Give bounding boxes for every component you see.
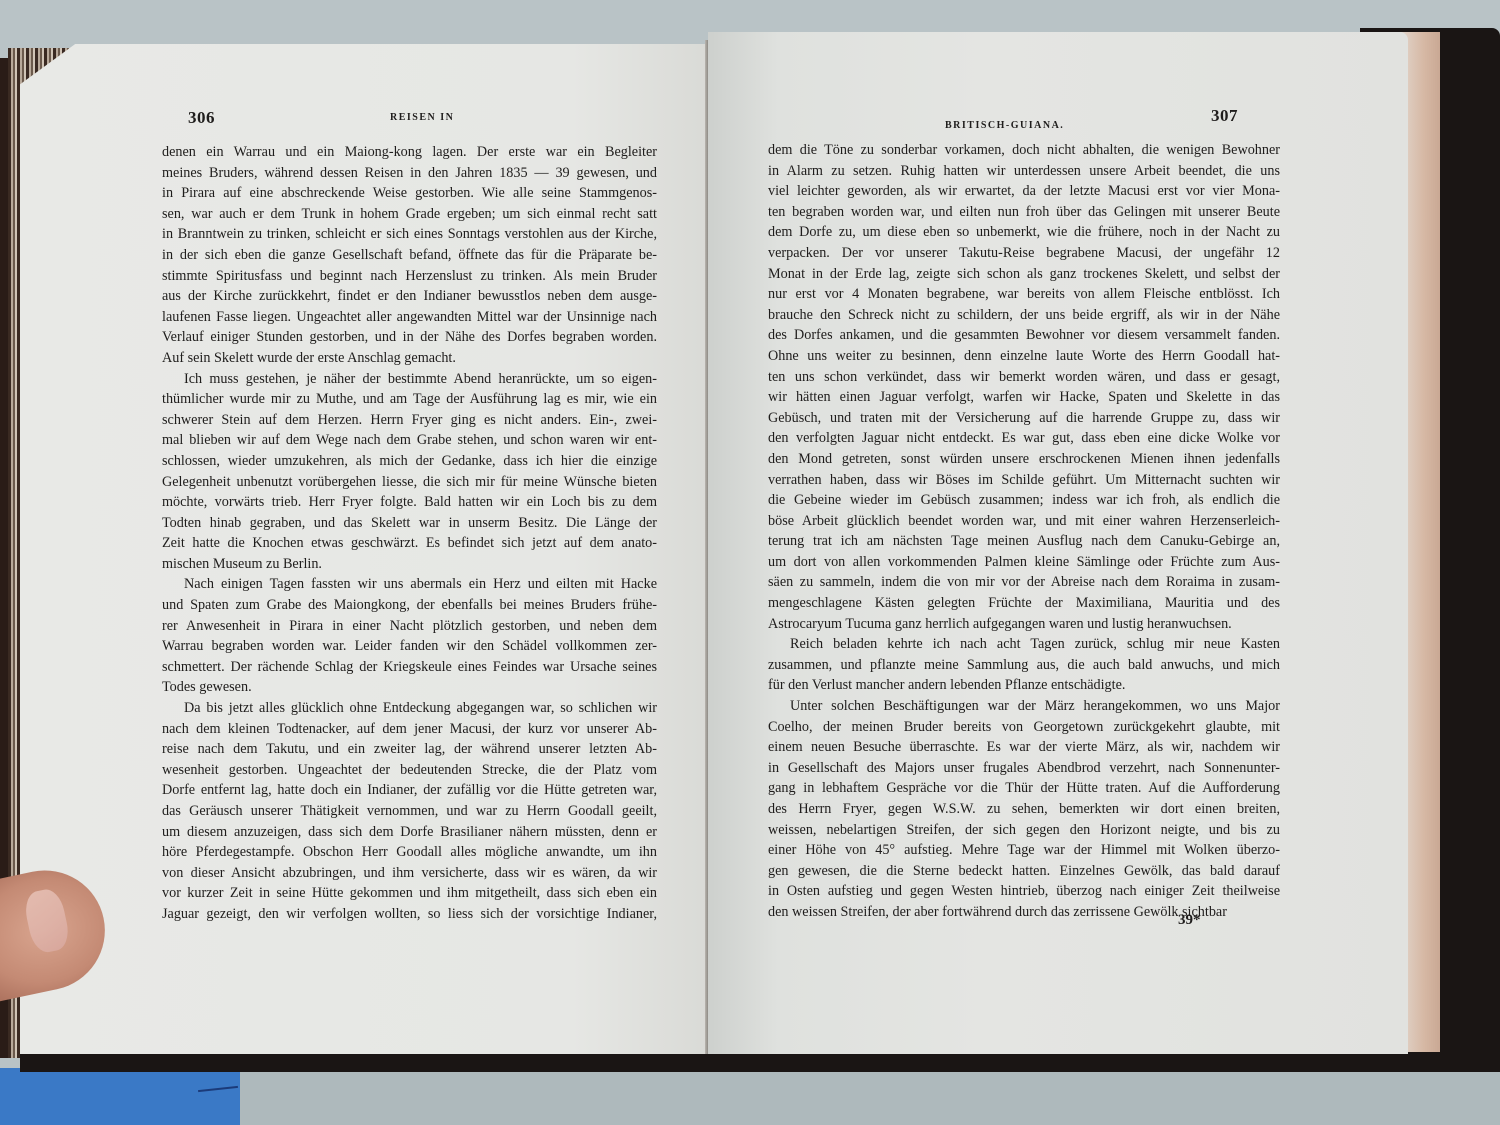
text-line: ten begraben worden war, und eilten nun …: [768, 202, 1280, 223]
text-line: Gelegenheit unbenutzt vorübergehen liess…: [162, 472, 657, 493]
text-line: dem die Töne zu sonderbar vorkamen, doch…: [768, 140, 1280, 161]
text-line: Todten hinab gegraben, und das Skelett w…: [162, 513, 657, 534]
text-line: die Gebeine wieder im Gebüsch zusammen; …: [768, 490, 1280, 511]
ink-mark: [198, 1086, 238, 1092]
text-line: Gebüsch, und traten mit der Versicherung…: [768, 408, 1280, 429]
text-line: vor kurzer Zeit in seine Hütte gekommen …: [162, 883, 657, 904]
text-line: nur erst vor 4 Monaten begrabene, war be…: [768, 284, 1280, 305]
text-line: höre Pferdegestampfe. Obschon Herr Gooda…: [162, 842, 657, 863]
text-line: schlossen, wieder umzukehren, als mich d…: [162, 451, 657, 472]
text-line: gang in lebhaftem Gespräche vor die Thür…: [768, 778, 1280, 799]
text-line: Unter solchen Beschäftigungen war der Mä…: [768, 696, 1280, 717]
text-line: verrathen haben, dass wir Böses im Schil…: [768, 470, 1280, 491]
text-line: in Alarm zu setzen. Ruhig hatten wir unt…: [768, 161, 1280, 182]
text-line: Zeit hatte die Knochen etwas geschwärzt.…: [162, 533, 657, 554]
text-line: Nach einigen Tagen fassten wir uns aberm…: [162, 574, 657, 595]
text-line: Reich beladen kehrte ich nach acht Tagen…: [768, 634, 1280, 655]
text-line: einer Höhe von 45° aufstieg. Mehre Tage …: [768, 840, 1280, 861]
text-line: einem neuen Besuche überraschte. Es war …: [768, 737, 1280, 758]
text-line: mengeschlagene Kästen gelegten Früchte d…: [768, 593, 1280, 614]
text-line: mal blieben wir auf dem Wege nach dem Gr…: [162, 430, 657, 451]
text-line: in Osten aufstieg und gegen Westen hintr…: [768, 881, 1280, 902]
text-line: schwerer Stein auf dem Herzen. Herrn Fry…: [162, 410, 657, 431]
text-line: zusammen, und pflanzte meine Sammlung au…: [768, 655, 1280, 676]
text-line: wir hätten einen Jaguar verfolgt, warfen…: [768, 387, 1280, 408]
text-line: den weissen Streifen, der aber fortwähre…: [768, 902, 1280, 923]
text-line: Todes gewesen.: [162, 677, 657, 698]
text-line: des Dorfes ankamen, und die gesammten Be…: [768, 325, 1280, 346]
text-line: in Gesellschaft des Majors unser frugale…: [768, 758, 1280, 779]
running-head-left: REISEN IN: [390, 112, 454, 123]
text-line: böse Arbeit glücklich beendet worden war…: [768, 511, 1280, 532]
text-line: den Mond getreten, sonst würden unsere e…: [768, 449, 1280, 470]
text-line: Ich muss gestehen, je näher der bestimmt…: [162, 369, 657, 390]
text-line: sen, war auch er dem Trunk in hohem Grad…: [162, 204, 657, 225]
text-line: und Spaten zum Grabe des Maiongkong, der…: [162, 595, 657, 616]
text-line: um dort von allen vorkommenden Palmen kl…: [768, 552, 1280, 573]
text-line: das Geräusch unserer Thätigkeit vernomme…: [162, 801, 657, 822]
text-line: in Branntwein zu trinken, schleicht er s…: [162, 224, 657, 245]
text-line: meines Bruders, während dessen Reisen in…: [162, 163, 657, 184]
text-line: um diesem anzuzeigen, dass sich dem Dorf…: [162, 822, 657, 843]
text-line: des Herrn Fryer, gegen W.S.W. zu sehen, …: [768, 799, 1280, 820]
text-line: stimmte Spiritusfass und beginnt nach He…: [162, 266, 657, 287]
text-line: schmettert. Der rächende Schlag der Krie…: [162, 657, 657, 678]
text-line: Coelho, der meinen Bruder bereits von Ge…: [768, 717, 1280, 738]
text-line: in der sich eben die ganze Gesellschaft …: [162, 245, 657, 266]
text-line: nach dem kleinen Todtenacker, auf dem je…: [162, 719, 657, 740]
page-number-left: 306: [188, 108, 215, 128]
text-line: Jaguar gezeigt, den wir verfolgen wollte…: [162, 904, 657, 925]
text-line: dem Dorfe zu, um diese eben so unbemerkt…: [768, 222, 1280, 243]
text-line: Da bis jetzt alles glücklich ohne Entdec…: [162, 698, 657, 719]
text-line: aus der Kirche zurückkehrt, findet er de…: [162, 286, 657, 307]
text-line: brauche den Schreck nicht zu schildern, …: [768, 305, 1280, 326]
text-line: von dieser Ansicht abzubringen, und ihm …: [162, 863, 657, 884]
text-line: mischen Museum zu Berlin.: [162, 554, 657, 575]
text-line: ten uns schon verkündet, dass wir bemerk…: [768, 367, 1280, 388]
text-line: säen zu sammeln, indem die von mir vor d…: [768, 572, 1280, 593]
text-line: Monat in der Erde lag, zeigte sich schon…: [768, 264, 1280, 285]
text-line: für den Verlust mancher andern lebenden …: [768, 675, 1280, 696]
text-line: Ohne uns weiter zu besinnen, denn einzel…: [768, 346, 1280, 367]
text-line: rer Anwesenheit in Pirara in einer Nacht…: [162, 616, 657, 637]
thumbnail-nail: [22, 887, 72, 956]
right-page[interactable]: BRITISCH-GUIANA. 307 dem die Töne zu son…: [708, 32, 1408, 1054]
text-line: laufenen Fasse liegen. Ungeachtet aller …: [162, 307, 657, 328]
text-line: verpacken. Der vor unserer Takutu-Reise …: [768, 243, 1280, 264]
left-page[interactable]: 306 REISEN IN denen ein Warrau und ein M…: [20, 44, 710, 1054]
text-line: Dorfe entfernt lag, hatte doch ein India…: [162, 780, 657, 801]
text-line: Warrau begraben worden war. Leider fande…: [162, 636, 657, 657]
left-page-body: denen ein Warrau und ein Maiong-kong lag…: [162, 142, 657, 925]
text-line: Auf sein Skelett wurde der erste Anschla…: [162, 348, 657, 369]
text-line: in Pirara auf eine abschreckende Weise g…: [162, 183, 657, 204]
right-page-body: dem die Töne zu sonderbar vorkamen, doch…: [768, 140, 1280, 923]
text-line: möchte, vorwärts trieb. Herr Fryer folgt…: [162, 492, 657, 513]
signature-mark: 39*: [1178, 912, 1201, 929]
page-number-right: 307: [1211, 106, 1238, 126]
text-line: denen ein Warrau und ein Maiong-kong lag…: [162, 142, 657, 163]
text-line: Astrocaryum Tucuma ganz herrlich aufgega…: [768, 614, 1280, 635]
text-line: terung trat ich am nächsten Tage meinen …: [768, 531, 1280, 552]
text-line: reise nach dem Takutu, und ein zweiter l…: [162, 739, 657, 760]
blue-object: [0, 1068, 240, 1125]
text-line: viel leichter geworden, als wir erwartet…: [768, 181, 1280, 202]
text-line: Verlauf einiger Stunden gestorben, und i…: [162, 327, 657, 348]
text-line: weissen, nebelartigen Streifen, der sich…: [768, 820, 1280, 841]
running-head-right: BRITISCH-GUIANA.: [945, 120, 1064, 131]
text-line: gen gewesen, die die Sterne bedeckt hatt…: [768, 861, 1280, 882]
text-line: den verfolgten Jaguar nicht entdeckt. Es…: [768, 428, 1280, 449]
text-line: wesenheit gestorben. Ungeachtet der bede…: [162, 760, 657, 781]
text-line: thümlicher wurde mir zu Muthe, und am Ta…: [162, 389, 657, 410]
